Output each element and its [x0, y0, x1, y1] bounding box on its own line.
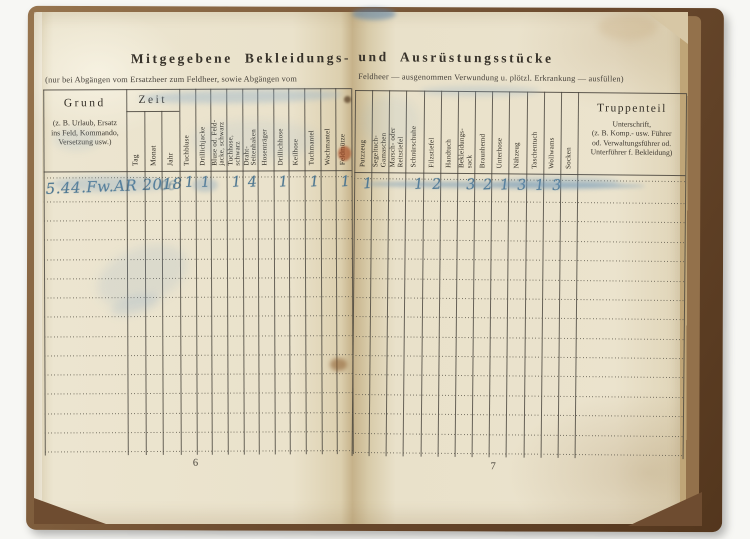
ink-smudge — [192, 178, 218, 192]
rotated-column-header: Filzstiefel — [423, 91, 441, 171]
rotated-column-header: Bekleidungs- sack — [457, 91, 475, 171]
ink-smudge — [360, 96, 420, 146]
ink-smudge — [52, 176, 170, 192]
dotted-row-line — [352, 394, 683, 398]
ink-smudge — [190, 120, 320, 160]
dotted-row-line — [353, 277, 684, 281]
truppenteil-header-label: Truppenteil — [578, 102, 686, 115]
dotted-row-line — [353, 336, 684, 340]
scanned-booklet-spread: Mitgegebene Bekleidungs- (nur bei Abgäng… — [0, 0, 750, 539]
truppenteil-header-subtext: Unterschrift, (z. B. Komp.- usw. Führer … — [577, 119, 685, 157]
dotted-row-line — [354, 200, 685, 204]
rotated-column-header: Socken — [560, 92, 578, 172]
dotted-row-line — [354, 219, 685, 223]
page-title-right: und Ausrüstungsstücke — [358, 49, 553, 67]
rotated-column-header: Nähzeug — [509, 91, 527, 171]
dotted-row-line — [352, 413, 683, 417]
header-bottom-rule — [354, 172, 685, 176]
rotated-column-header: Handtuch — [440, 91, 458, 171]
dotted-row-line — [352, 452, 683, 456]
brown-stain — [330, 358, 347, 371]
rotated-column-header: Unterhose — [492, 91, 510, 171]
dark-speck — [344, 96, 351, 103]
ink-smudge — [352, 8, 396, 20]
rust-stain — [338, 146, 351, 161]
dotted-row-line — [352, 374, 683, 378]
page-number-right: 7 — [490, 461, 495, 472]
truppenteil-header: Truppenteil Unterschrift, (z. B. Komp.- … — [577, 102, 686, 157]
ink-smudge — [500, 177, 620, 188]
rotated-column-header: Taschentuch — [526, 92, 544, 172]
right-table: Truppenteil Unterschrift, (z. B. Komp.- … — [351, 90, 686, 473]
age-spot — [598, 14, 658, 40]
dotted-row-line — [353, 355, 684, 359]
page-subtitle-right: Feldheer — ausgenommen Verwundung u. plö… — [358, 72, 668, 84]
dotted-row-line — [353, 258, 684, 262]
ink-smudge — [420, 86, 540, 96]
rotated-column-header: Wollwams — [543, 92, 561, 172]
dotted-row-line — [354, 239, 685, 243]
dotted-row-line — [352, 433, 683, 437]
ink-smudge — [54, 128, 100, 150]
rotated-column-header: Braunhemd — [474, 91, 492, 171]
dotted-row-line — [353, 297, 684, 301]
dotted-row-line — [353, 316, 684, 320]
